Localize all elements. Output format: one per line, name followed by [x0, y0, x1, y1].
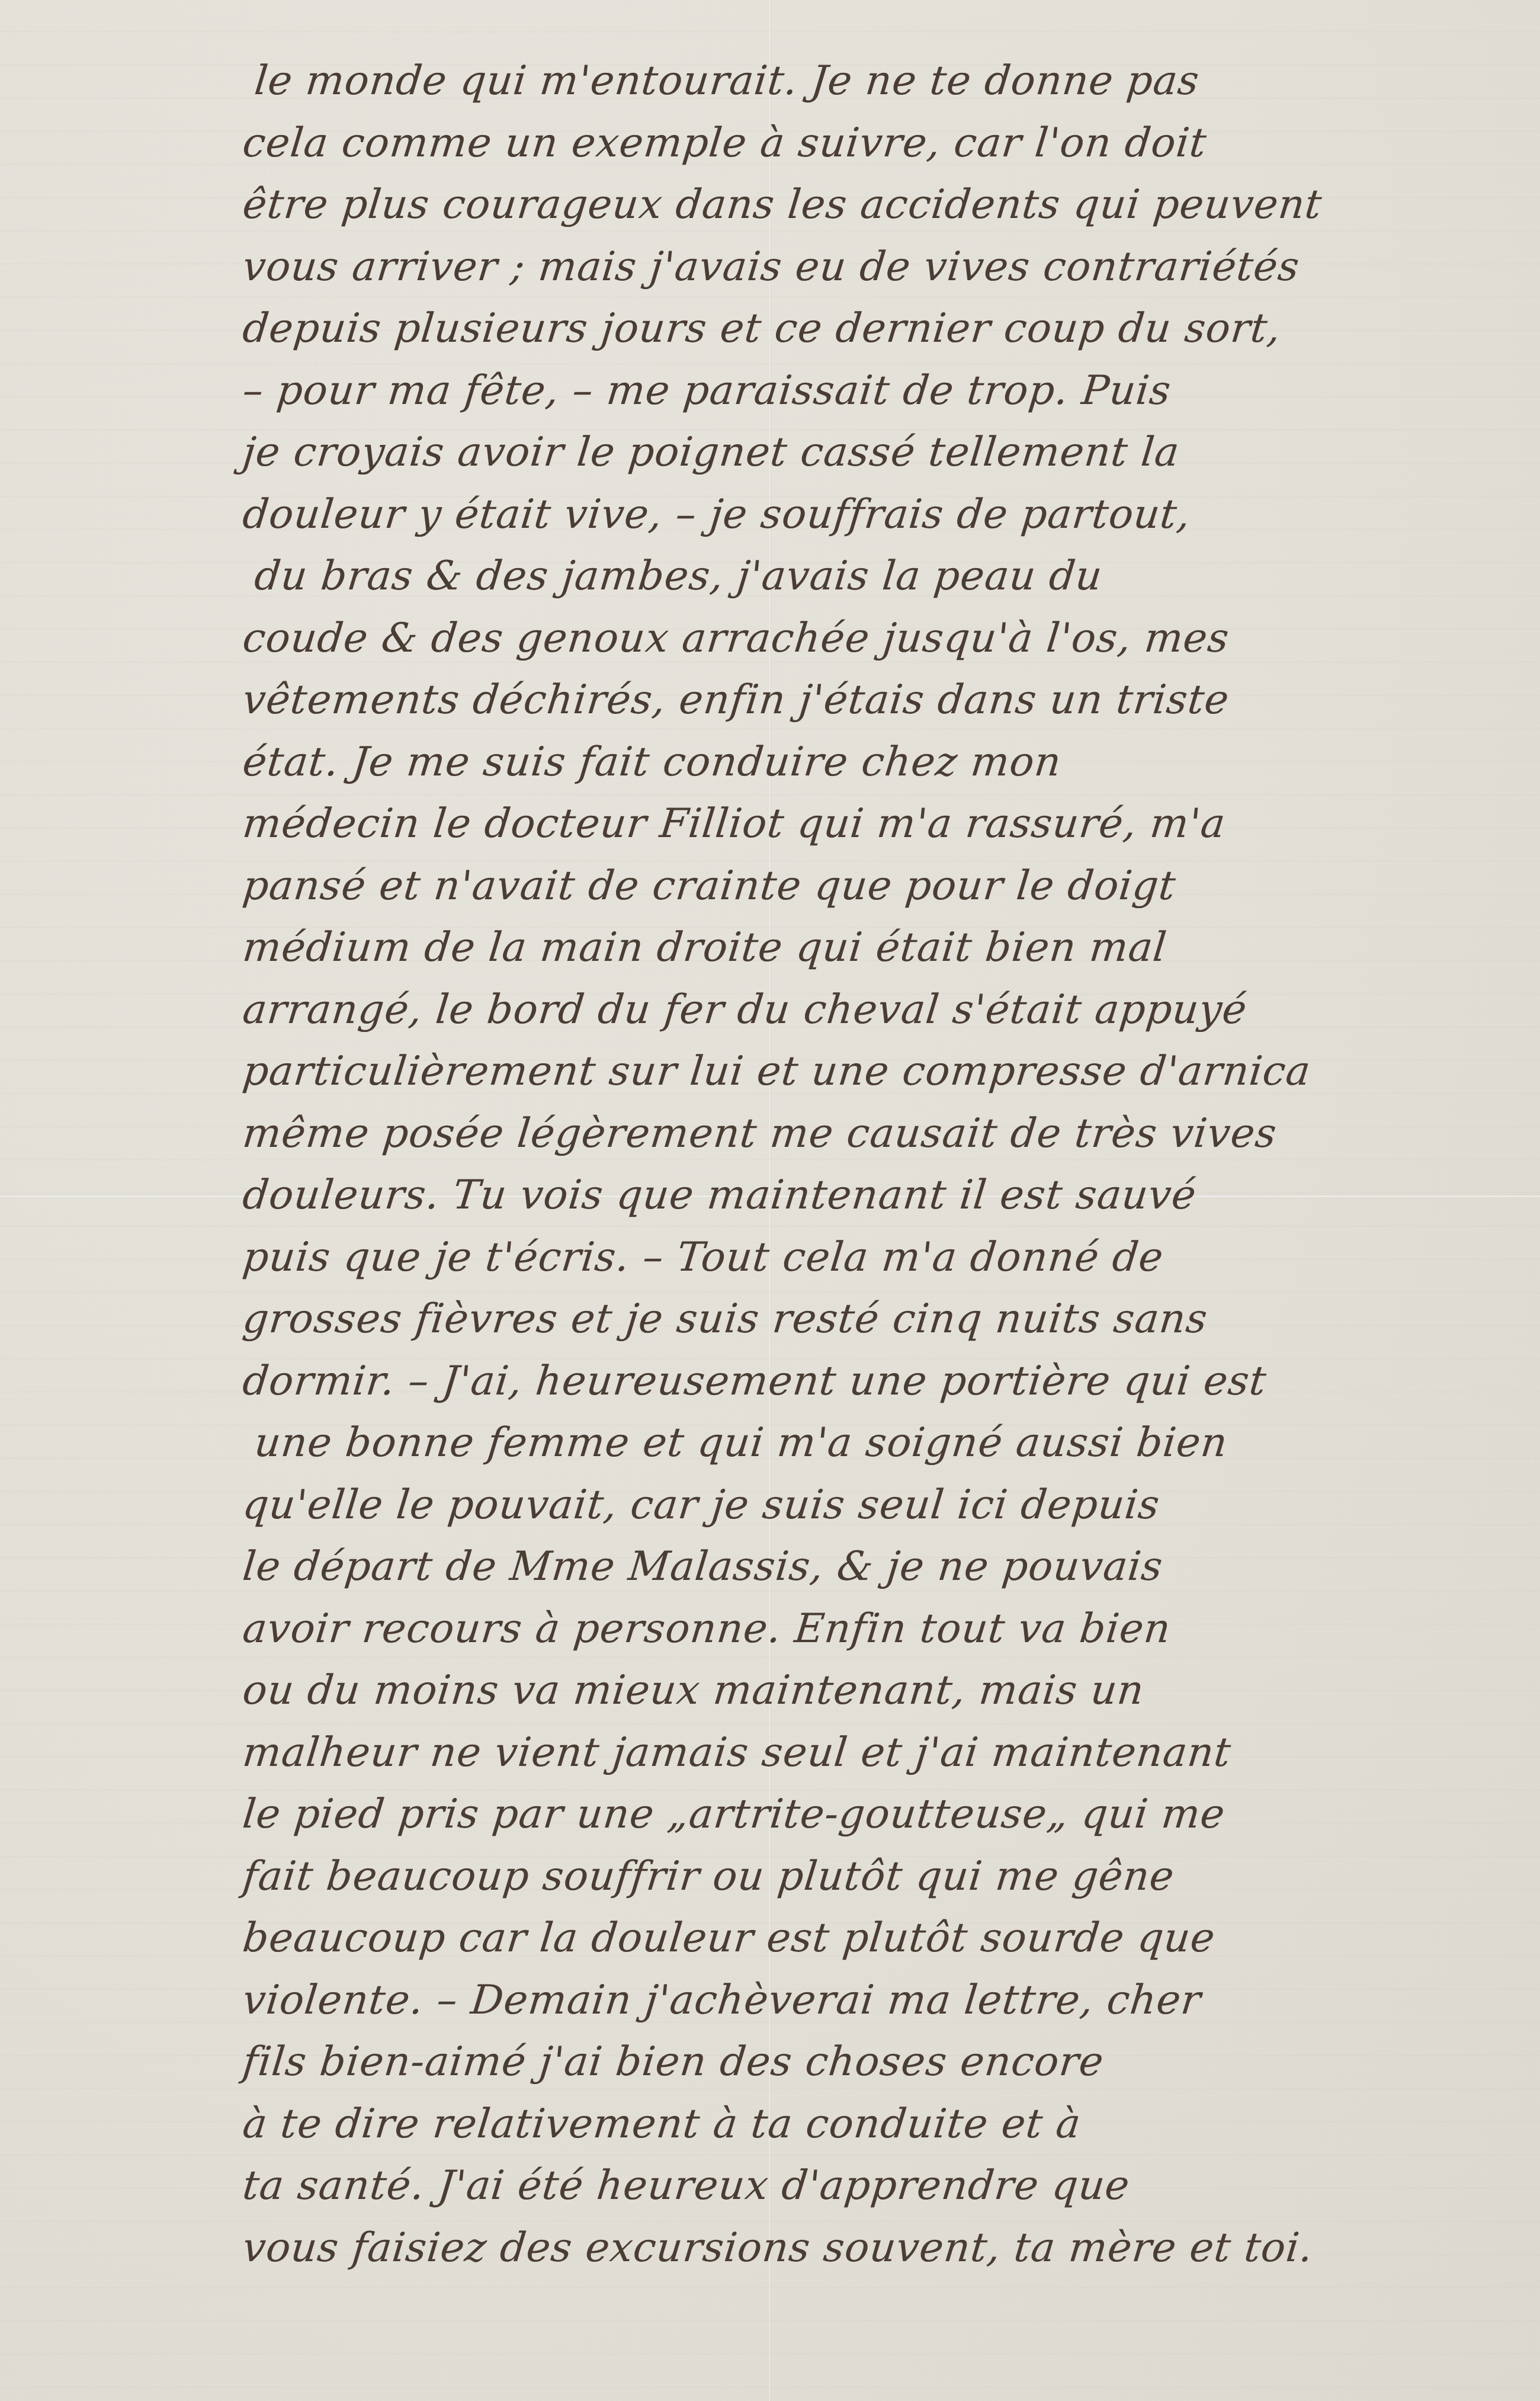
letter-line: grosses fièvres et je suis resté cinq nu…: [240, 1288, 1526, 1351]
letter-line: le départ de Mme Malassis, & je ne pouva…: [240, 1536, 1526, 1598]
letter-line: pansé et n'avait de crainte que pour le …: [240, 855, 1526, 918]
letter-line: puis que je t'écris. – Tout cela m'a don…: [240, 1227, 1526, 1289]
letter-line: douleurs. Tu vois que maintenant il est …: [240, 1165, 1526, 1227]
letter-line: du bras & des jambes, j'avais la peau du: [240, 546, 1526, 608]
letter-line: fils bien-aimé j'ai bien des choses enco…: [240, 2031, 1526, 2094]
letter-line: ou du moins va mieux maintenant, mais un: [240, 1660, 1526, 1722]
letter-line: dormir. – J'ai, heureusement une portièr…: [240, 1351, 1526, 1413]
letter-line: je croyais avoir le poignet cassé tellem…: [240, 422, 1526, 484]
letter-line: particulièrement sur lui et une compress…: [240, 1041, 1526, 1103]
letter-line: depuis plusieurs jours et ce dernier cou…: [240, 298, 1526, 360]
letter-line: à te dire relativement à ta conduite et …: [240, 2094, 1526, 2156]
letter-line: vêtements déchirés, enfin j'étais dans u…: [240, 669, 1526, 732]
letter-line: beaucoup car la douleur est plutôt sourd…: [240, 1908, 1526, 1970]
letter-page: le monde qui m'entourait. Je ne te donne…: [0, 0, 1540, 2401]
letter-line: même posée légèrement me causait de très…: [240, 1103, 1526, 1165]
letter-line: vous arriver ; mais j'avais eu de vives …: [240, 236, 1526, 299]
letter-line: le monde qui m'entourait. Je ne te donne…: [240, 50, 1526, 113]
letter-line: fait beaucoup souffrir ou plutôt qui me …: [240, 1846, 1526, 1908]
letter-line: coude & des genoux arrachée jusqu'à l'os…: [240, 608, 1526, 670]
letter-line: ta santé. J'ai été heureux d'apprendre q…: [240, 2155, 1526, 2217]
letter-line: douleur y était vive, – je souffrais de …: [240, 484, 1526, 546]
letter-line: – pour ma fête, – me paraissait de trop.…: [240, 360, 1526, 422]
letter-line: être plus courageux dans les accidents q…: [240, 174, 1526, 236]
letter-line: violente. – Demain j'achèverai ma lettre…: [240, 1970, 1526, 2032]
letter-line: état. Je me suis fait conduire chez mon: [240, 732, 1526, 794]
letter-line: médium de la main droite qui était bien …: [240, 917, 1526, 979]
letter-line: qu'elle le pouvait, car je suis seul ici…: [240, 1474, 1526, 1537]
letter-line: avoir recours à personne. Enfin tout va …: [240, 1598, 1526, 1660]
letter-line: médecin le docteur Filliot qui m'a rassu…: [240, 793, 1526, 855]
letter-line: arrangé, le bord du fer du cheval s'étai…: [240, 979, 1526, 1041]
letter-line: une bonne femme et qui m'a soigné aussi …: [240, 1412, 1526, 1474]
letter-line: le pied pris par une „artrite-goutteuse„…: [240, 1784, 1526, 1846]
letter-body: le monde qui m'entourait. Je ne te donne…: [243, 50, 1522, 2279]
letter-line: malheur ne vient jamais seul et j'ai mai…: [240, 1722, 1526, 1784]
letter-line: vous faisiez des excursions souvent, ta …: [240, 2217, 1526, 2280]
letter-line: cela comme un exemple à suivre, car l'on…: [240, 113, 1526, 175]
